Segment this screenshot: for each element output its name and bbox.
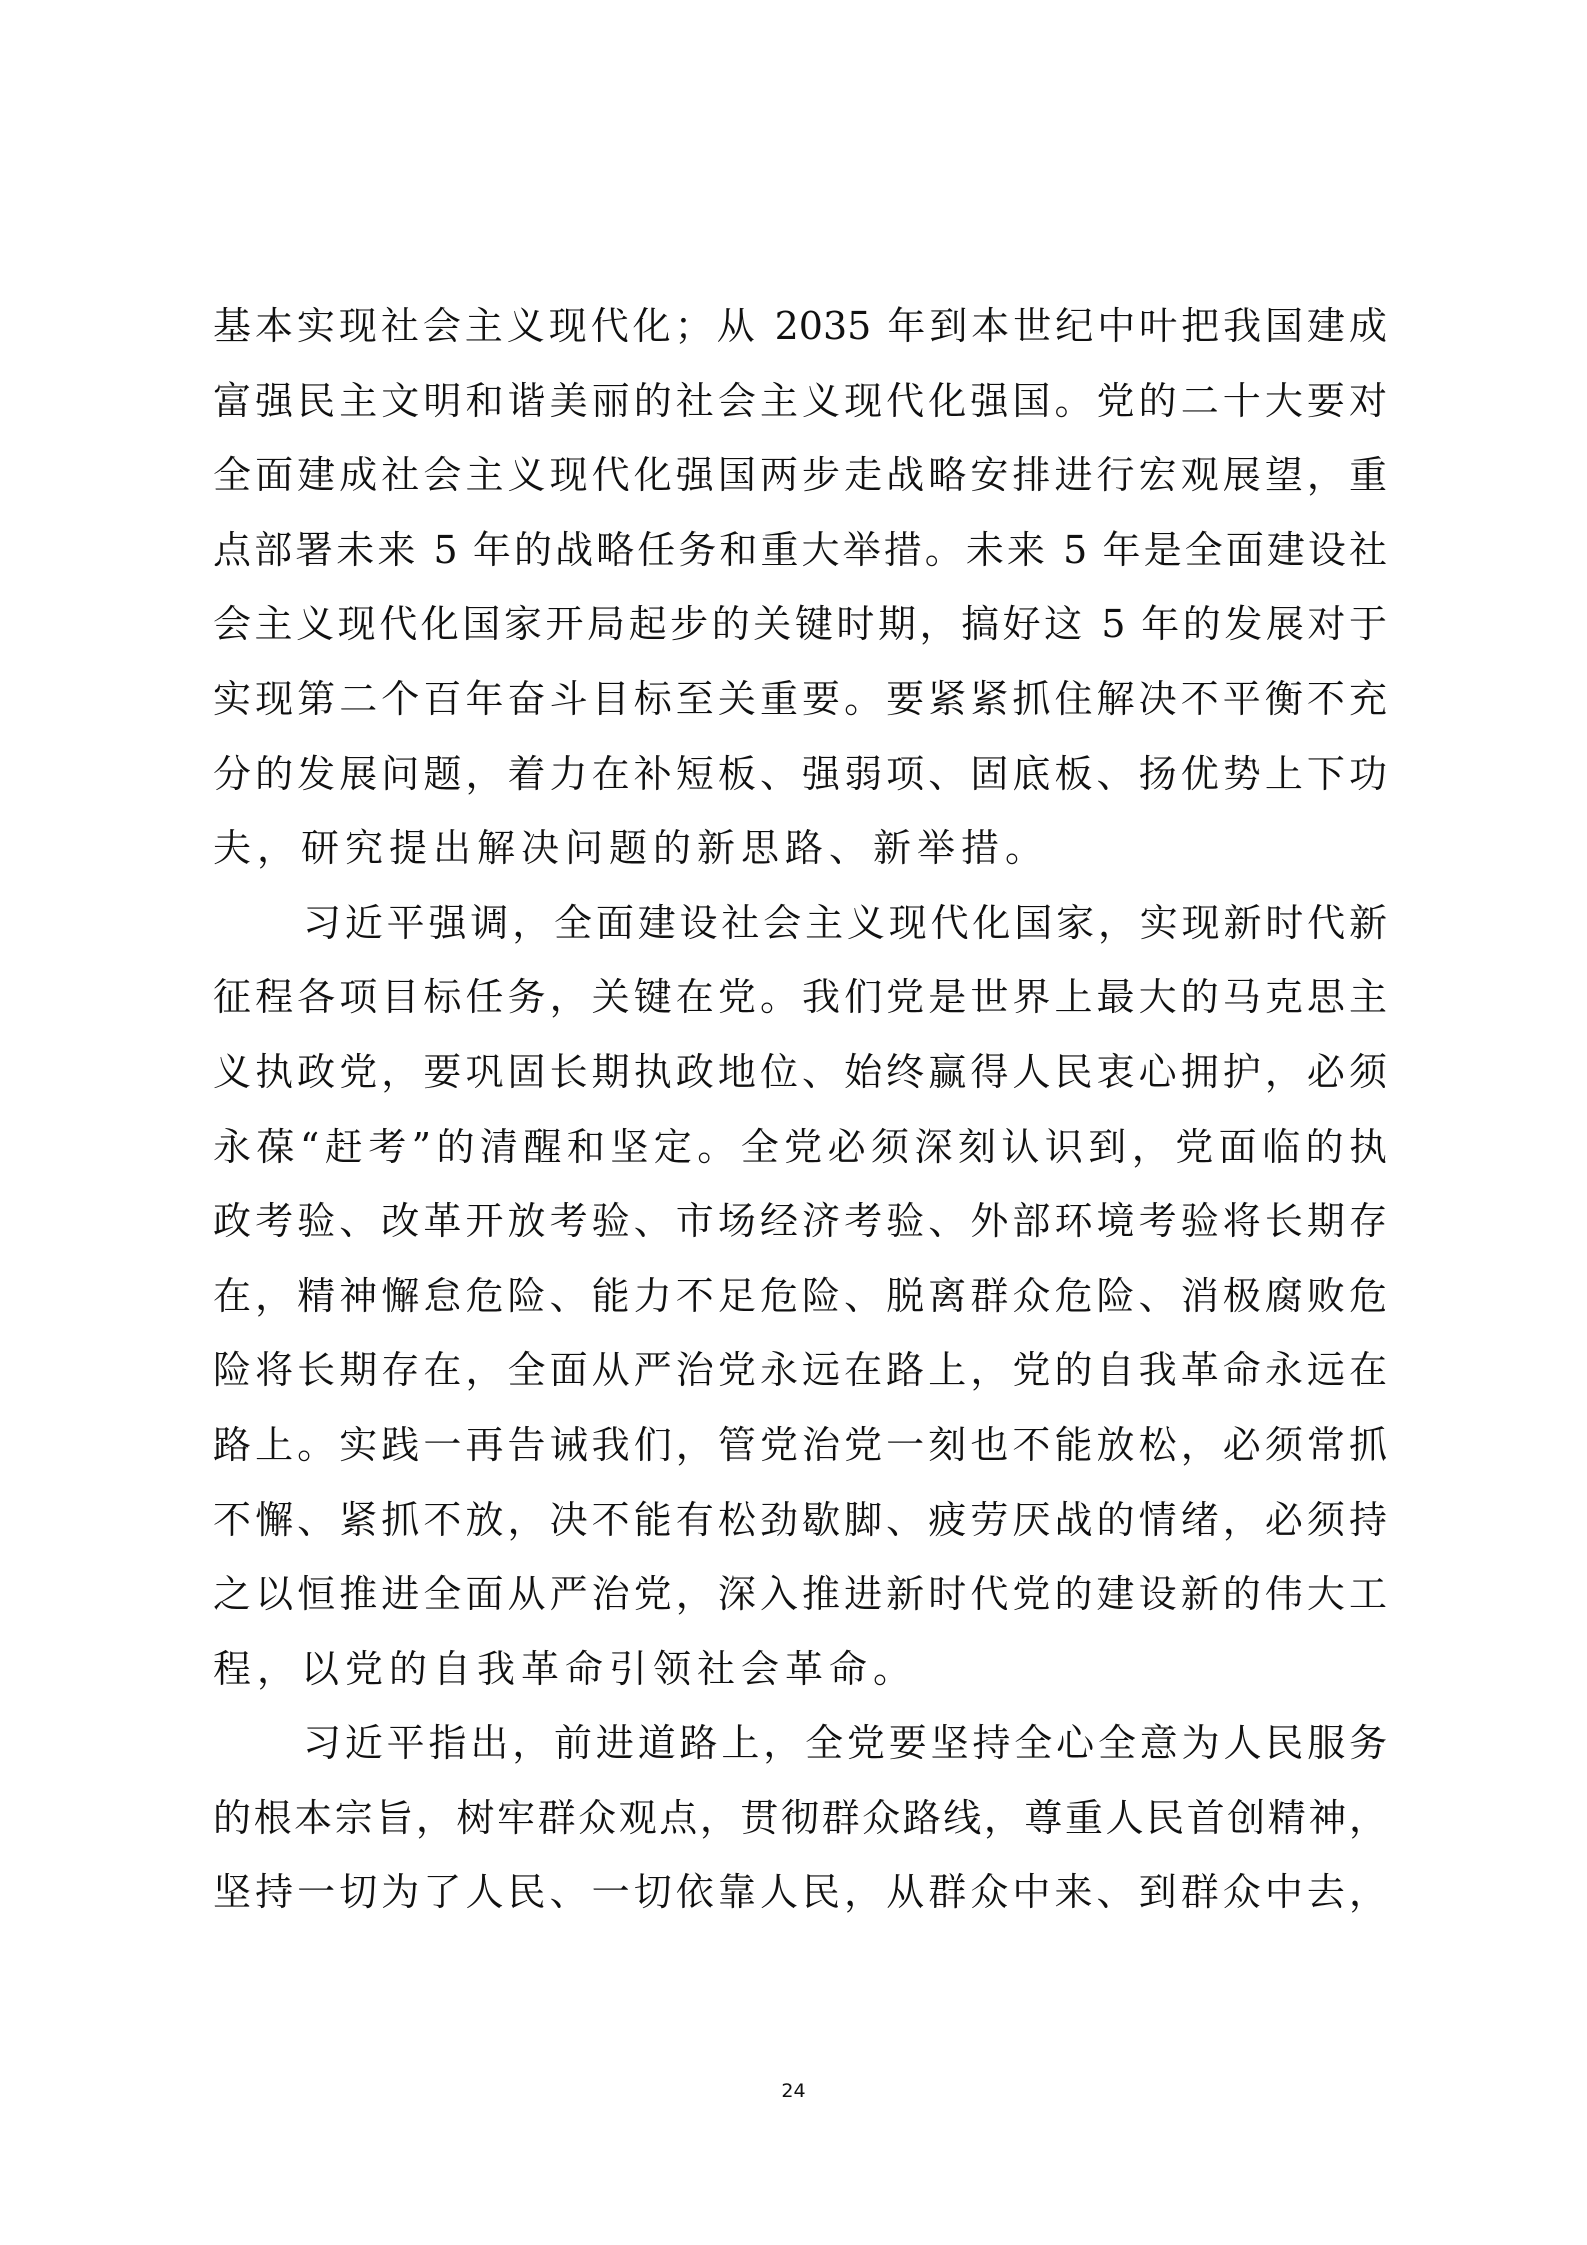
page-number: 24 xyxy=(0,2080,1587,2102)
text-line: 的根本宗旨，树牢群众观点，贯彻群众路线，尊重人民首创精神， xyxy=(213,1788,1387,1863)
text-line: 不懈、紧抓不放，决不能有松劲歇脚、疲劳厌战的情绪，必须持 xyxy=(213,1490,1387,1565)
paragraph-1: 基本实现社会主义现代化；从 2035 年到本世纪中叶把我国建成 富强民主文明和谐… xyxy=(213,296,1387,893)
text-line: 坚持一切为了人民、一切依靠人民，从群众中来、到群众中去， xyxy=(213,1862,1387,1937)
document-page: 基本实现社会主义现代化；从 2035 年到本世纪中叶把我国建成 富强民主文明和谐… xyxy=(0,0,1587,2245)
text-line: 在，精神懈怠危险、能力不足危险、脱离群众危险、消极腐败危 xyxy=(213,1266,1387,1341)
text-line: 点部署未来 5 年的战略任务和重大举措。未来 5 年是全面建设社 xyxy=(213,520,1387,595)
body-text: 基本实现社会主义现代化；从 2035 年到本世纪中叶把我国建成 富强民主文明和谐… xyxy=(213,296,1387,1937)
text-line: 永葆“赶考”的清醒和坚定。全党必须深刻认识到，党面临的执 xyxy=(213,1117,1387,1192)
text-line: 分的发展问题，着力在补短板、强弱项、固底板、扬优势上下功 xyxy=(213,744,1387,819)
text-line: 富强民主文明和谐美丽的社会主义现代化强国。党的二十大要对 xyxy=(213,371,1387,446)
text-line: 全面建成社会主义现代化强国两步走战略安排进行宏观展望，重 xyxy=(213,445,1387,520)
paragraph-2: 习近平强调，全面建设社会主义现代化国家，实现新时代新 征程各项目标任务，关键在党… xyxy=(213,893,1387,1714)
text-line: 实现第二个百年奋斗目标至关重要。要紧紧抓住解决不平衡不充 xyxy=(213,669,1387,744)
text-line: 险将长期存在，全面从严治党永远在路上，党的自我革命永远在 xyxy=(213,1340,1387,1415)
text-line: 夫，研究提出解决问题的新思路、新举措。 xyxy=(213,818,1387,893)
text-line: 路上。实践一再告诫我们，管党治党一刻也不能放松，必须常抓 xyxy=(213,1415,1387,1490)
text-line: 程，以党的自我革命引领社会革命。 xyxy=(213,1639,1387,1714)
text-line: 习近平指出，前进道路上，全党要坚持全心全意为人民服务 xyxy=(213,1713,1387,1788)
text-line: 政考验、改革开放考验、市场经济考验、外部环境考验将长期存 xyxy=(213,1191,1387,1266)
text-line: 之以恒推进全面从严治党，深入推进新时代党的建设新的伟大工 xyxy=(213,1564,1387,1639)
text-line: 会主义现代化国家开局起步的关键时期，搞好这 5 年的发展对于 xyxy=(213,594,1387,669)
text-line: 习近平强调，全面建设社会主义现代化国家，实现新时代新 xyxy=(213,893,1387,968)
text-line: 征程各项目标任务，关键在党。我们党是世界上最大的马克思主 xyxy=(213,967,1387,1042)
paragraph-3: 习近平指出，前进道路上，全党要坚持全心全意为人民服务 的根本宗旨，树牢群众观点，… xyxy=(213,1713,1387,1937)
text-line: 义执政党，要巩固长期执政地位、始终赢得人民衷心拥护，必须 xyxy=(213,1042,1387,1117)
text-line: 基本实现社会主义现代化；从 2035 年到本世纪中叶把我国建成 xyxy=(213,296,1387,371)
